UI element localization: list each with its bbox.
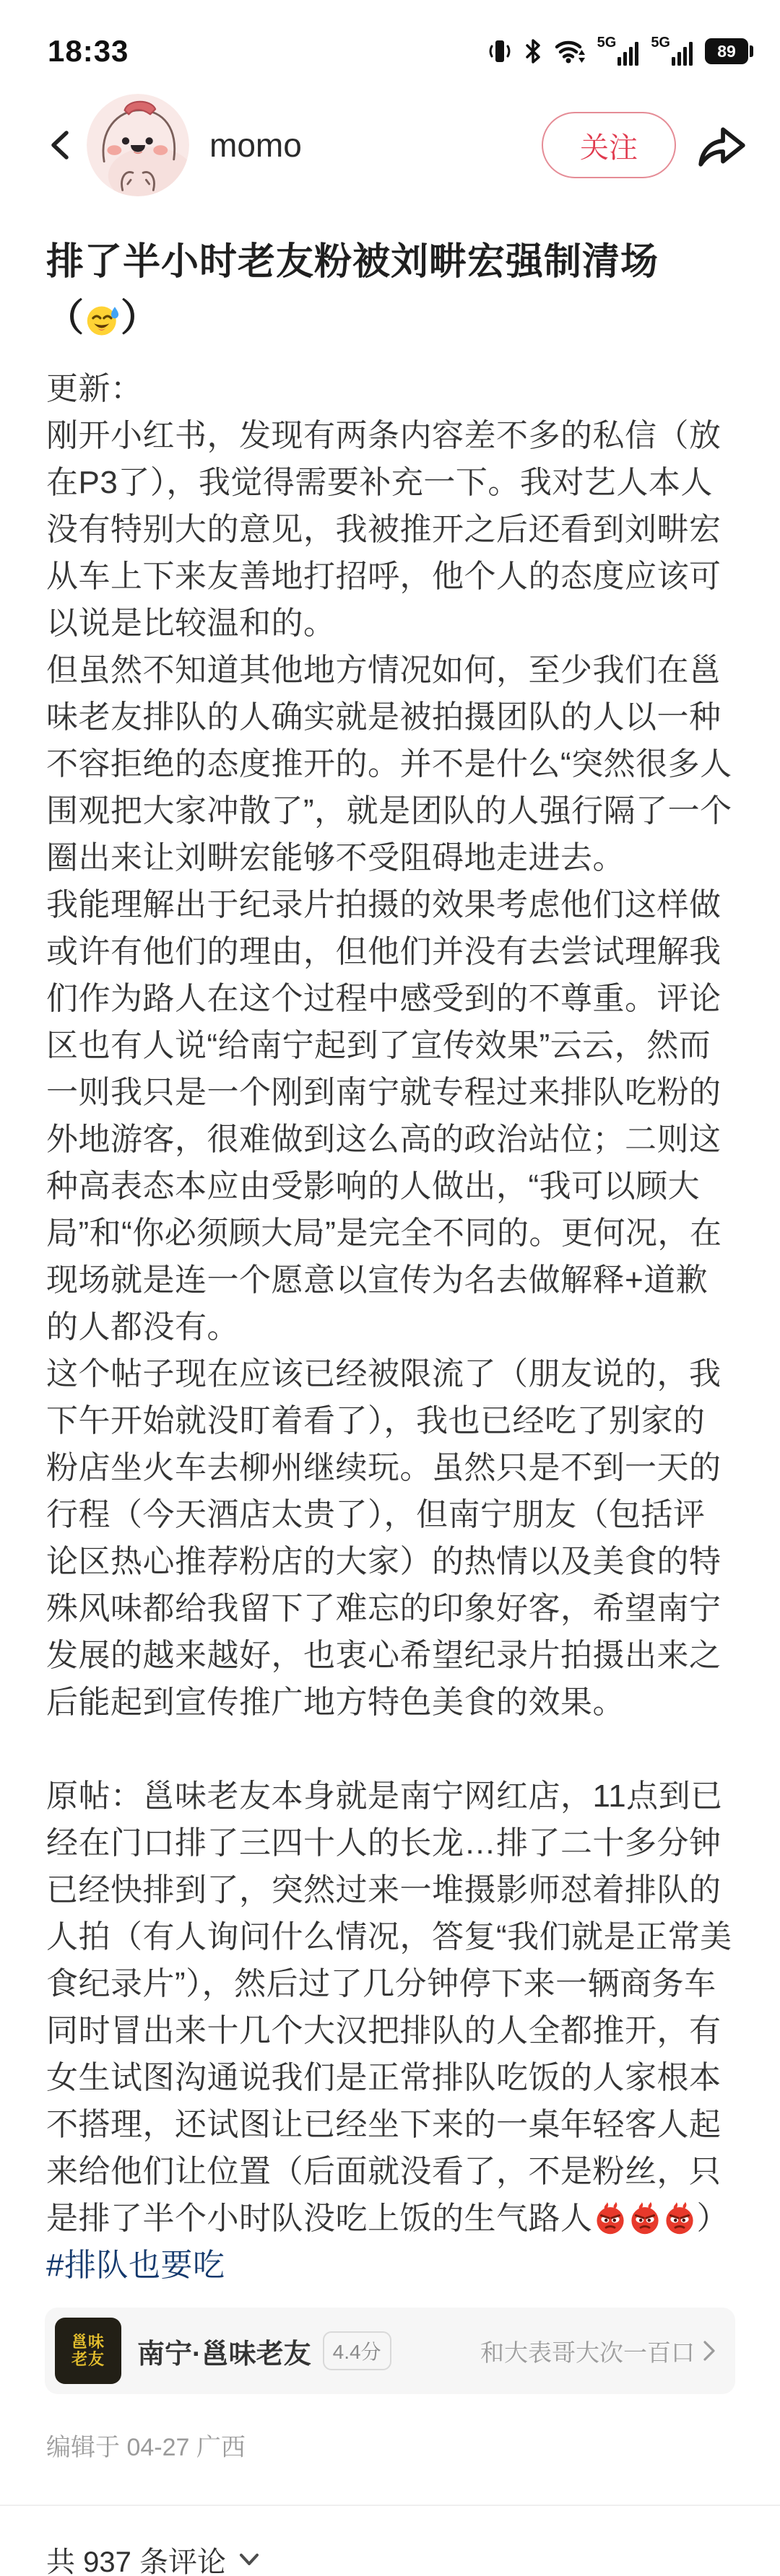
- status-icons: 5G 5G 89: [487, 35, 753, 67]
- sweat-smile-emoji: [84, 301, 121, 337]
- follow-button-label: 关注: [580, 125, 638, 166]
- chevron-right-icon: [702, 2339, 716, 2362]
- poi-thumbnail: 邕味老友: [55, 2318, 121, 2384]
- post-article: 排了半小时老友粉被刘畊宏强制清场 （ ） 更新： 刚开小红书，发现有两条内容差不…: [0, 234, 780, 2289]
- post-paragraph: 但虽然不知道其他地方情况如何，至少我们在邕味老友排队的人确实就是被拍摄团队的人以…: [46, 647, 732, 881]
- poi-rating-badge: 4.4分: [323, 2331, 391, 2370]
- post-paragraph: 刚开小红书，发现有两条内容差不多的私信（放在P3了），我觉得需要补充一下。我对艺…: [46, 412, 732, 647]
- angry-emoji: [593, 2201, 628, 2235]
- edited-timestamp: 编辑于 04-27 广西: [46, 2427, 780, 2463]
- post-paragraph: 这个帖子现在应该已经被限流了（朋友说的，我下午开始就没盯着看了），我也已经吃了别…: [46, 1350, 732, 1726]
- post-title-line2: （ ）: [46, 290, 732, 346]
- poi-name: 南宁·邕味老友: [137, 2331, 311, 2371]
- avatar[interactable]: [87, 94, 189, 196]
- post-paragraph: 我能理解出于纪录片拍摄的效果考虑他们这样做或许有他们的理由，但他们并没有去尝试理…: [46, 881, 732, 1350]
- topic-hashtag-link[interactable]: #排队也要吃: [46, 2248, 225, 2283]
- comments-count[interactable]: 共 937 条评论: [46, 2539, 780, 2576]
- signal-5g-icon-2: 5G: [651, 35, 693, 67]
- vibrate-icon: [487, 37, 512, 66]
- battery-indicator: 89: [705, 38, 748, 64]
- bluetooth-icon: [524, 37, 542, 66]
- signal-5g-icon: 5G: [597, 35, 640, 67]
- angry-emoji: [628, 2201, 662, 2235]
- poi-subtitle: 和大表哥大次一百口: [480, 2334, 695, 2368]
- section-divider: [0, 2505, 780, 2506]
- poi-subtitle-group: 和大表哥大次一百口: [480, 2334, 716, 2368]
- post-body: 更新： 刚开小红书，发现有两条内容差不多的私信（放在P3了），我觉得需要补充一下…: [46, 365, 732, 2289]
- wifi-icon: [554, 38, 586, 64]
- username[interactable]: momo: [209, 126, 302, 165]
- poi-card[interactable]: 邕味老友 南宁·邕味老友 4.4分 和大表哥大次一百口: [45, 2308, 735, 2394]
- chevron-down-icon: [238, 2552, 261, 2568]
- follow-button[interactable]: 关注: [542, 112, 676, 178]
- post-paragraph: 更新：: [46, 365, 732, 412]
- share-icon: [695, 121, 748, 169]
- post-paragraph-original: 原帖：邕味老友本身就是南宁网红店，11点到已经在门口排了三四十人的长龙…排了二十…: [46, 1773, 732, 2289]
- back-button[interactable]: [45, 128, 77, 162]
- clock-label: 18:33: [48, 34, 129, 69]
- poi-thumbnail-label: 邕味老友: [70, 2333, 106, 2368]
- comments-count-label: 共 937 条评论: [46, 2539, 226, 2576]
- post-title-line1: 排了半小时老友粉被刘畊宏强制清场: [46, 234, 732, 290]
- post-title: 排了半小时老友粉被刘畊宏强制清场 （ ）: [46, 234, 732, 346]
- status-bar: 18:33 5G: [0, 0, 780, 81]
- angry-emoji: [662, 2201, 697, 2235]
- battery-level: 89: [717, 42, 736, 61]
- back-icon: [45, 128, 74, 162]
- share-button[interactable]: [695, 121, 748, 169]
- post-header: momo 关注: [0, 81, 780, 209]
